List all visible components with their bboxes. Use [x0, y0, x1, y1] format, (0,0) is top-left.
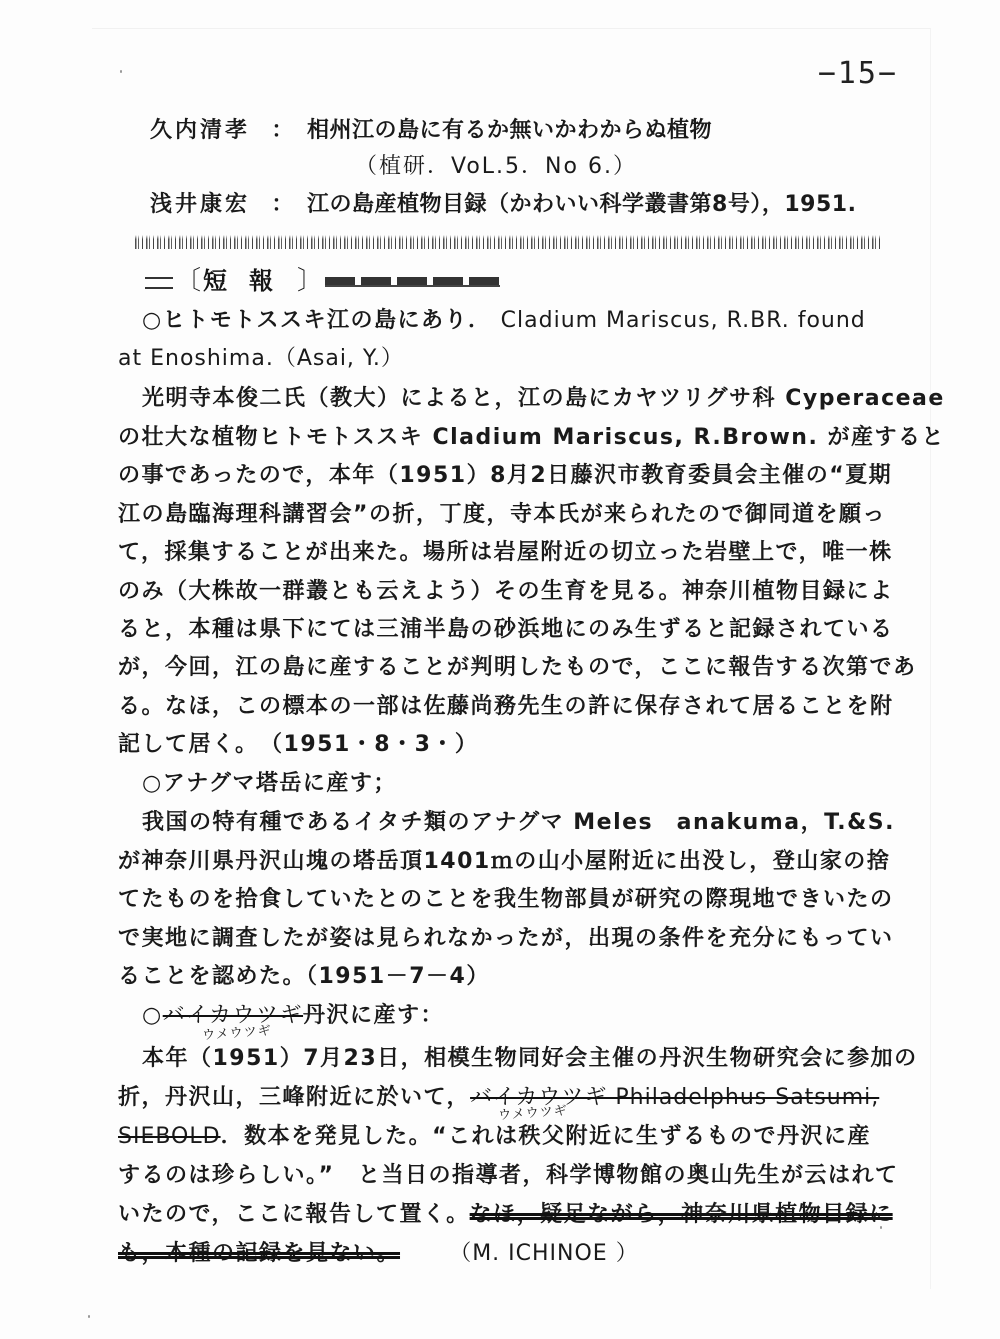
bracket-open: 〔	[175, 260, 201, 297]
note-2-line: が神奈川県丹沢山塊の塔岳頂1401ｍの山小屋附近に出没し，登山家の捨	[118, 844, 890, 875]
reference-author: 久内清孝	[150, 118, 250, 143]
reference-2: 浅井康宏 ： 江の島産植物目録（かわいい科学叢書第8号），1951.	[150, 187, 856, 218]
note-2-line: 我国の特有種であるイタチ類のアナグマ Meles anakuma，T.&S.	[142, 805, 895, 836]
author-signature: （M. ICHINOE ）	[449, 1241, 639, 1266]
note-heading-text: 丹沢に産す：	[303, 1003, 444, 1028]
note-text: ．数本を発見した。“これは秩父附近に生ずるもので丹沢に産	[221, 1124, 871, 1149]
ornament-dash	[325, 277, 500, 287]
note-3-line: も，本種の記録を見ない。 （M. ICHINOE ）	[118, 1236, 639, 1267]
note-text: 折，丹沢山，三峰附近に於いて，	[118, 1085, 470, 1110]
scan-speck	[880, 1226, 882, 1229]
note-1-line: 記して居く。 （1951・8・3・）	[118, 727, 478, 758]
section-title: 短報	[203, 261, 295, 296]
scan-speck	[600, 705, 602, 708]
note-2-line: ることを認めた。（1951－7－4）	[118, 959, 490, 990]
reference-author: 浅井康宏	[150, 192, 250, 217]
note-3-line: いたので，ここに報告して置く。なほ，疑足ながら，神奈川県植物目録に	[118, 1197, 893, 1228]
note-1-line: が，今回，江の島に産することが判明したもので，ここに報告する次第であ	[118, 650, 917, 681]
note-1-line: の事であったので，本年（1951）8月2日藤沢市教育委員会主催の“夏期	[118, 458, 892, 489]
note-1-heading-cont: at Enoshima.（Asai, Y.）	[118, 341, 404, 372]
reference-separator: ：	[261, 192, 297, 217]
note-1-heading: ○ヒトモトススキ江の島にあり． Cladium Mariscus, R.BR. …	[142, 303, 866, 334]
reference-separator: ：	[261, 118, 297, 143]
ornament-dash	[145, 277, 173, 289]
reference-title: 江の島産植物目録（かわいい科学叢書第8号），1951.	[307, 192, 856, 217]
note-1-line: て，採集することが出来た。場所は岩屋附近の切立った岩壁上で，唯一株	[118, 535, 893, 566]
note-1-line: のみ（大株故一群叢とも云えよう）その生育を見る。神奈川植物目録によ	[118, 574, 894, 605]
note-3-line: 本年（1951）7月23日，相模生物同好会主催の丹沢生物研究会に参加の	[142, 1041, 918, 1072]
note-text: いたので，ここに報告して置く。	[118, 1202, 470, 1227]
bracket-close: 〕	[297, 260, 323, 297]
page-number: −15−	[818, 56, 898, 91]
note-1-line: の壮大な植物ヒトモトススキ Cladium Mariscus, R.Brown.…	[118, 420, 945, 451]
note-2-heading: ○アナグマ塔岳に産す；	[142, 766, 397, 797]
struck-text: SIEBOLD	[118, 1124, 221, 1149]
scanned-page: −15− 久内清孝 ： 相州江の島に有るか無いかわからぬ植物 （植研．VoL.5…	[0, 0, 1000, 1339]
note-bullet: ○	[142, 1003, 163, 1028]
note-heading-latin: Cladium Mariscus, R.BR. found	[501, 308, 866, 333]
reference-1-source: （植研．VoL.5．No 6.）	[355, 149, 637, 180]
scan-speck	[120, 70, 122, 73]
note-3-line: するのは珍らしい。” と当日の指導者，科学博物館の奥山先生が云はれて	[118, 1158, 898, 1189]
note-heading-text: ○ヒトモトススキ江の島にあり．	[142, 308, 491, 333]
reference-1: 久内清孝 ： 相州江の島に有るか無いかわからぬ植物	[150, 113, 712, 144]
decorative-divider	[135, 235, 880, 249]
note-1-line: 江の島臨海理科講習会”の折，丁度，寺本氏が来られたので御同道を願っ	[118, 497, 886, 528]
note-1-line: 光明寺本俊二氏（教大）によると，江の島にカヤツリグサ科 Cyperaceae	[142, 381, 945, 412]
note-3-line: SIEBOLD．数本を発見した。“これは秩父附近に生ずるもので丹沢に産	[118, 1119, 871, 1150]
note-3-heading: ○バイカウツギ丹沢に産す：	[142, 998, 444, 1029]
struck-text: なほ，疑足ながら，神奈川県植物目録に	[470, 1202, 893, 1227]
note-1-line: る。なほ，この標本の一部は佐藤尚務先生の許に保存されて居ることを附	[118, 689, 894, 720]
struck-text: も，本種の記録を見ない。	[118, 1241, 400, 1266]
note-2-line: てたものを拾食していたとのことを我生物部員が研究の際現地できいたの	[118, 882, 894, 913]
section-heading: 〔 短報 〕	[145, 262, 500, 294]
reference-title: 相州江の島に有るか無いかわからぬ植物	[307, 118, 712, 143]
scan-speck	[88, 1315, 90, 1318]
note-1-line: ると，本種は県下にては三浦半島の砂浜地にのみ生ずると記録されている	[118, 612, 894, 643]
note-2-line: で実地に調査したが姿は見られなかったが，出現の条件を充分にもってい	[118, 921, 894, 952]
